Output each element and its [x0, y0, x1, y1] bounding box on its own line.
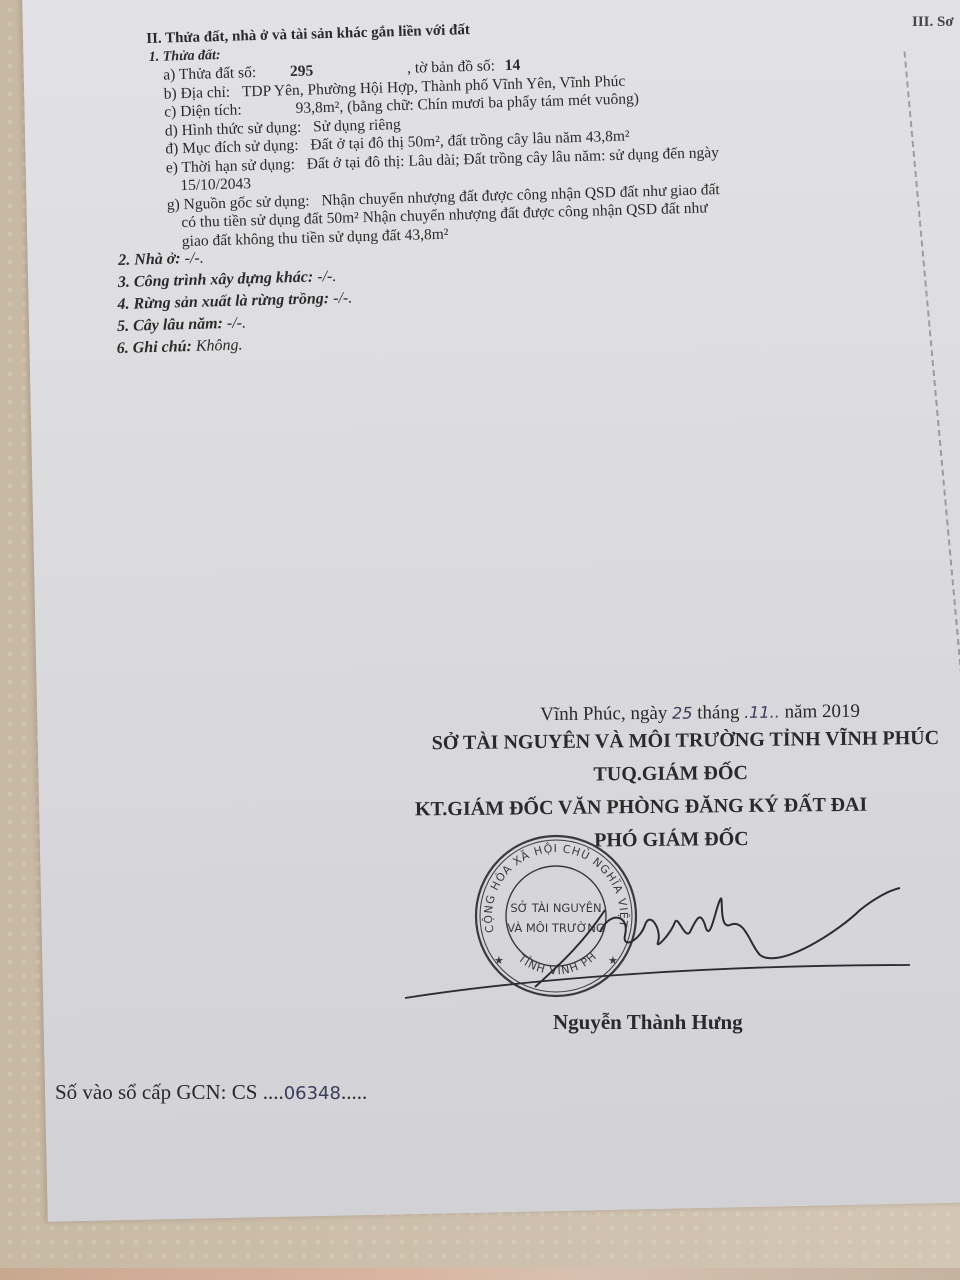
item-label: 6. Ghi chú: — [117, 338, 193, 357]
land-section: II. Thửa đất, nhà ở và tài sản khác gắn … — [148, 10, 874, 252]
map-sheet-label: , tờ bản đồ số: — [407, 57, 495, 76]
item-label: 4. Rừng sản xuất là rừng trồng: — [117, 290, 329, 313]
other-assets-list: 2. Nhà ở: -/-. 3. Công trình xây dựng kh… — [118, 243, 354, 359]
usage-form-value: Sử dụng riêng — [313, 115, 401, 134]
registry-label: Số vào sổ cấp GCN: CS — [55, 1080, 257, 1104]
registry-number-line: Số vào sổ cấp GCN: CS ....06348..... — [55, 1080, 367, 1105]
registry-number: 06348 — [284, 1083, 341, 1104]
year-label: năm 2019 — [784, 701, 860, 723]
handwritten-signature-icon — [400, 870, 920, 1010]
registry-dots-before: .... — [263, 1080, 284, 1104]
date-day: 25 — [672, 704, 693, 723]
next-page-heading: III. Sơ — [912, 14, 954, 31]
date-month: .11.. — [744, 703, 780, 722]
item-label: 2. Nhà ở: — [118, 250, 181, 269]
area-label: c) Diện tích: — [164, 101, 242, 122]
org-line-1: SỞ TÀI NGUYÊN VÀ MÔI TRƯỜNG TỈNH VĨNH PH… — [410, 722, 960, 761]
date-prefix: Vĩnh Phúc, ngày — [540, 703, 667, 725]
signature-block: Vĩnh Phúc, ngày 25 tháng .11.. năm 2019 … — [360, 700, 960, 860]
item-label: 3. Công trình xây dựng khác: — [118, 269, 314, 291]
parcel-label: a) Thửa đất số: — [163, 64, 256, 85]
item-value: -/-. — [333, 289, 353, 307]
parcel-number: 295 — [290, 62, 314, 80]
registry-dots-after: ..... — [341, 1080, 367, 1104]
map-sheet-number: 14 — [505, 57, 521, 74]
underlying-document-edge — [0, 1268, 960, 1280]
item-label: 5. Cây lâu năm: — [117, 315, 223, 335]
term-label: e) Thời hạn sử dụng: — [166, 155, 296, 177]
item-value: -/-. — [317, 268, 337, 286]
item-value: Không. — [196, 337, 243, 355]
signer-name: Nguyễn Thành Hưng — [553, 1010, 743, 1035]
item-value: -/-. — [227, 314, 247, 332]
month-label: tháng — [697, 702, 739, 723]
org-line-3: KT.GIÁM ĐỐC VĂN PHÒNG ĐĂNG KÝ ĐẤT ĐAI — [321, 788, 960, 828]
address-label: b) Địa chỉ: — [164, 83, 231, 103]
org-line-4: PHÓ GIÁM ĐỐC — [381, 821, 960, 860]
item-value: -/-. — [184, 250, 204, 268]
